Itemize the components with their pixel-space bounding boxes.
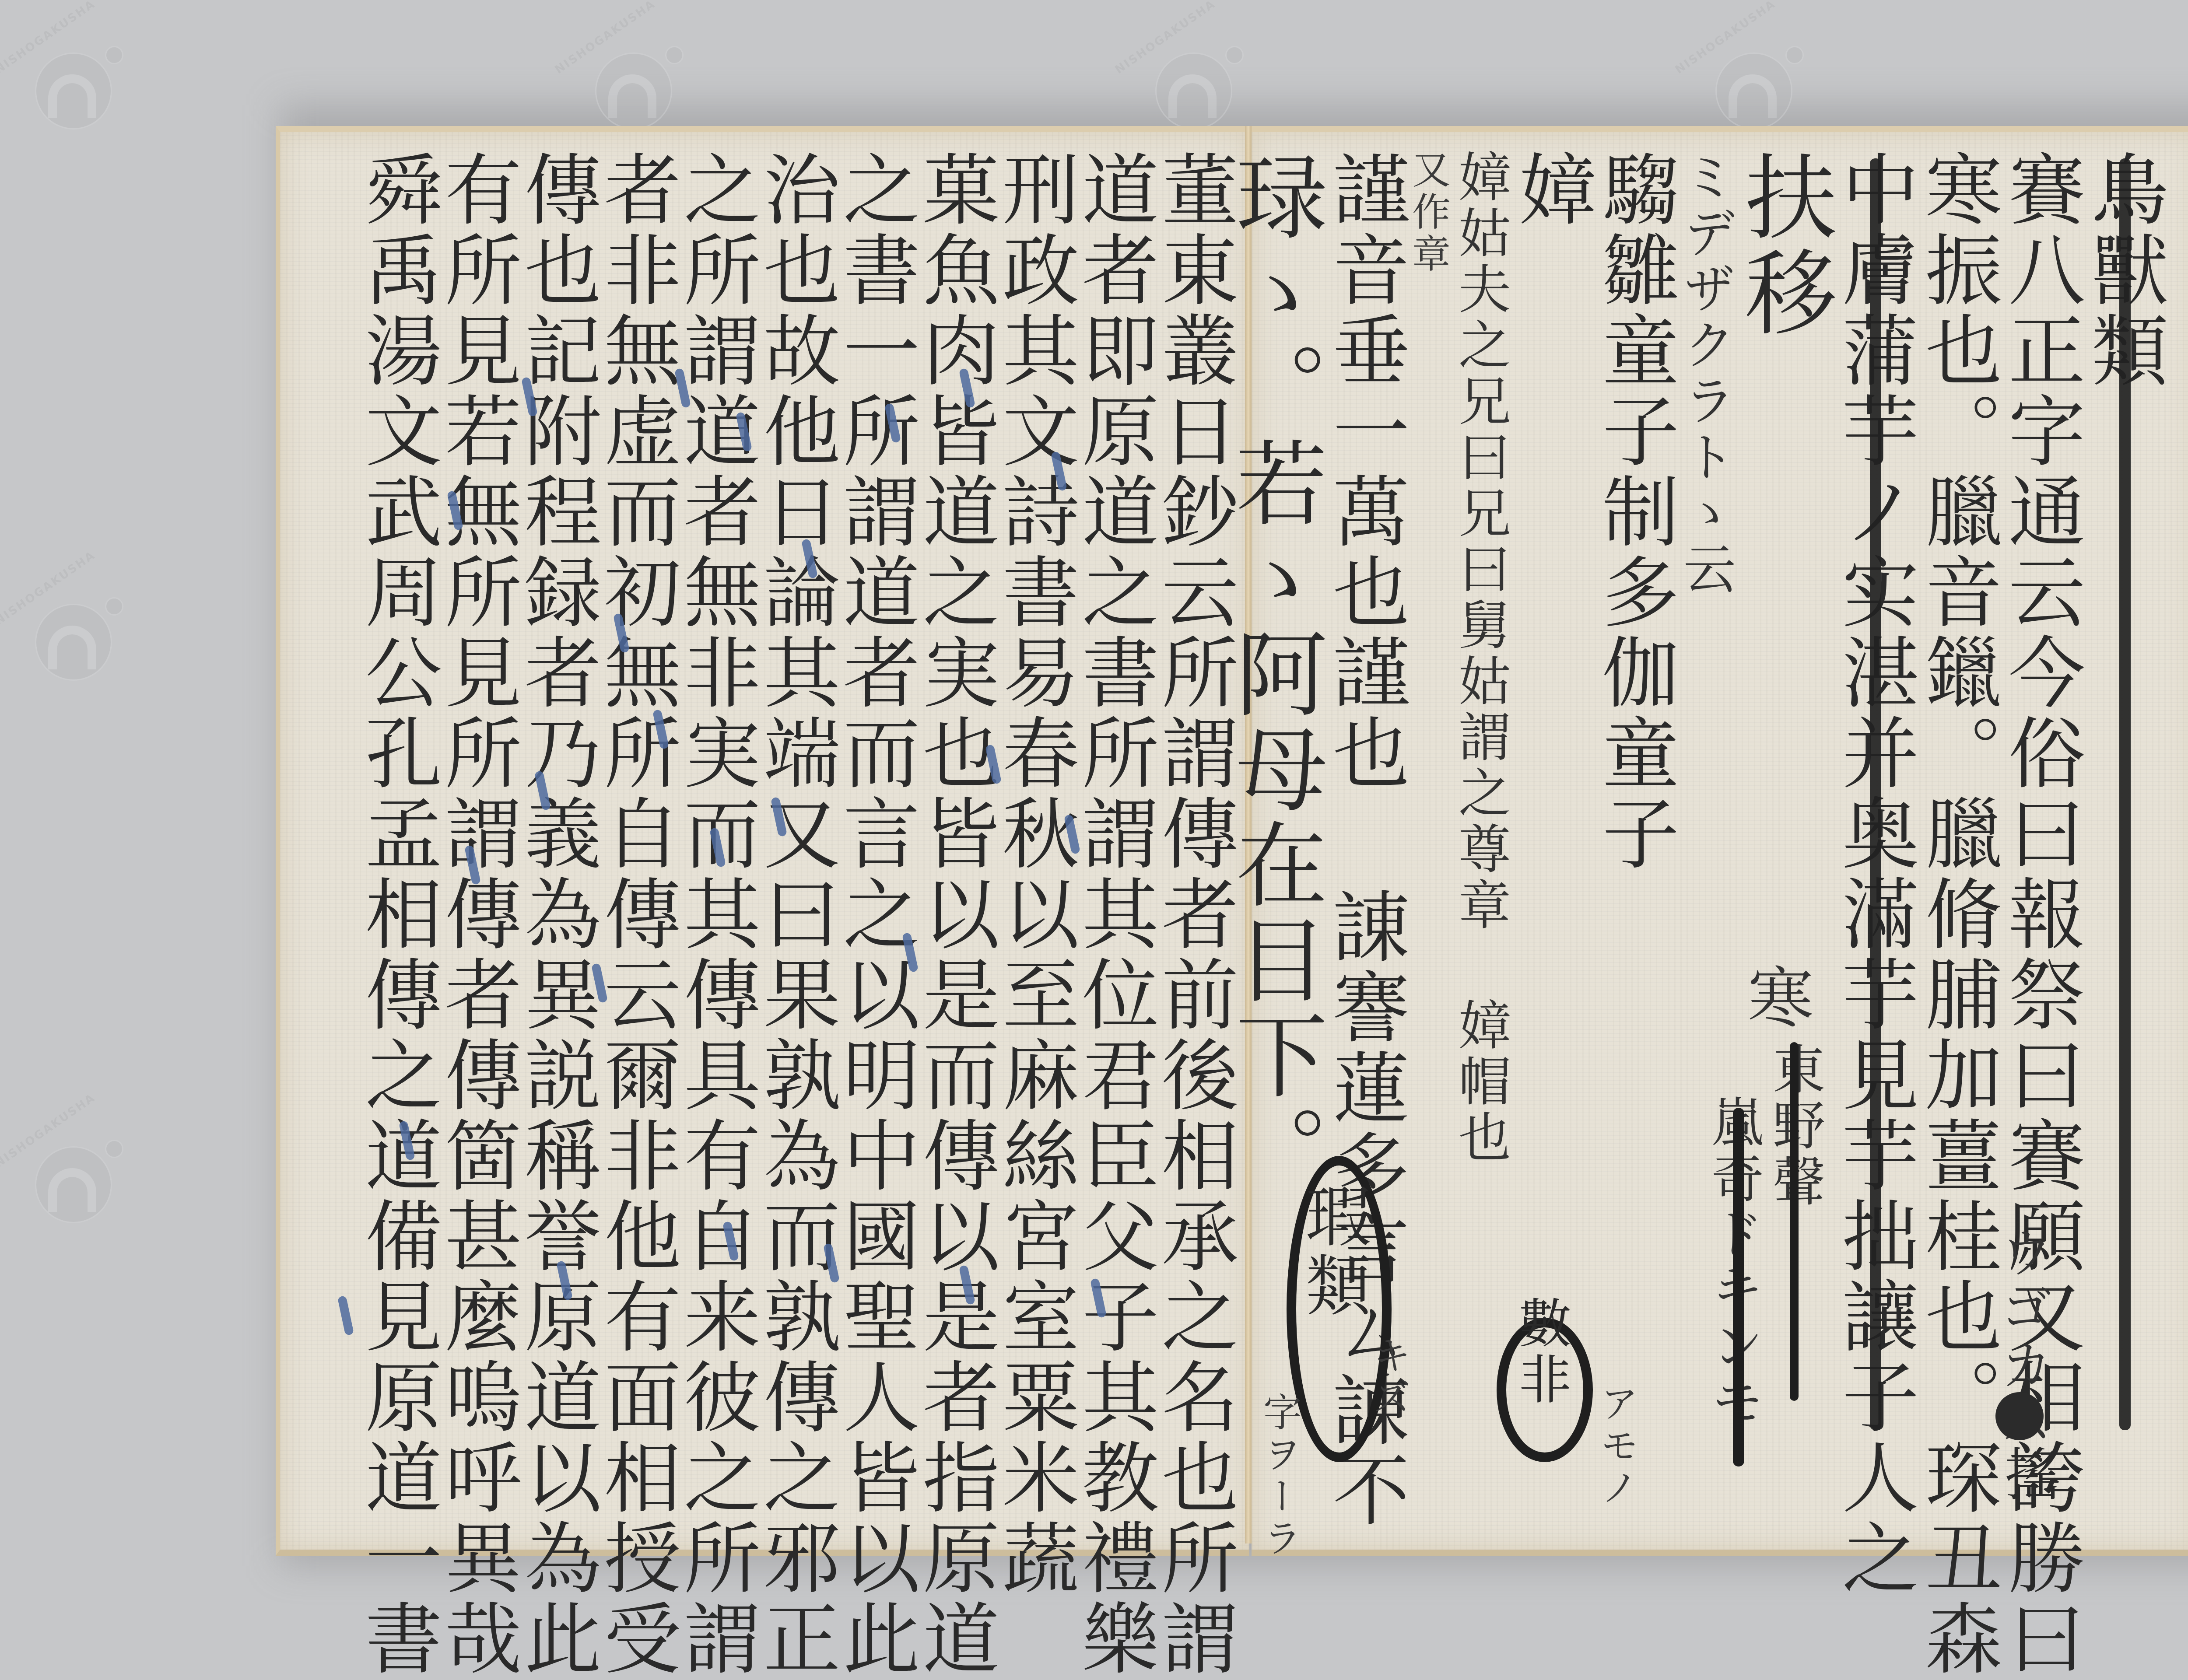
ink-strike-line bbox=[1790, 1042, 1799, 1401]
text-column: 菓魚肉皆道之実也皆以是而傳以是者指原道 bbox=[916, 150, 993, 1532]
text-column: 治也故他日論其端又曰果孰為而孰傳之邪正言此 bbox=[757, 150, 834, 1532]
watermark-arch bbox=[48, 74, 96, 118]
left-page-text-columns: 董東叢日鈔云所謂傳者前後相承之名也所謂 道者即原道之書所謂其位君臣父子其教禮樂 … bbox=[298, 150, 1232, 1532]
text-column: 傳也記附程録者乃義為異説稱誉原道以為此心 bbox=[518, 150, 595, 1532]
watermark-arch bbox=[1168, 74, 1217, 118]
open-manuscript: 董東叢日鈔云所謂傳者前後相承之名也所謂 道者即原道之書所謂其位君臣父子其教禮樂 … bbox=[276, 126, 2188, 1543]
watermark-dot bbox=[105, 597, 123, 616]
watermark-logo-icon: NISHOGAKUSHA bbox=[1698, 26, 1799, 127]
watermark-dot bbox=[1225, 46, 1244, 64]
circled-note: 字ヲーラ bbox=[1260, 1392, 1299, 1560]
text-column-struck: 中膚蒲芋ノ实湛并奥滿芋見芋拙讓子人之 bbox=[1835, 150, 1912, 1532]
watermark-dot bbox=[1785, 46, 1804, 64]
text-column: 道者即原道之書所謂其位君臣父子其教禮樂 bbox=[1075, 150, 1152, 1532]
right-page: 鳥獸類 賽八正字通云今俗曰報祭曰賽願又相誇勝曰賽 寒振也。臘音鑞。臘脩脯加薑桂也… bbox=[1252, 126, 2188, 1556]
text-column: 之書一所謂道者而言之以明中國聖人皆以此道而為 bbox=[836, 150, 913, 1532]
text-column: 騶雛童子制多伽童子 bbox=[1595, 150, 1673, 1532]
watermark-logo-icon: NISHOGAKUSHA bbox=[1138, 26, 1238, 127]
watermark-dot bbox=[105, 46, 123, 64]
text-column-struck: 鳥獸類 bbox=[2085, 150, 2162, 1532]
watermark-arch bbox=[1729, 74, 1777, 118]
circled-text-kaha: 瑕類 bbox=[1300, 1182, 1365, 1320]
watermark-logo-icon: NISHOGAKUSHA bbox=[18, 577, 118, 678]
left-page: 董東叢日鈔云所謂傳者前後相承之名也所謂 道者即原道之書所謂其位君臣父子其教禮樂 … bbox=[276, 126, 1249, 1556]
watermark-arch bbox=[608, 74, 656, 118]
annotation-kan: 寒 bbox=[1742, 963, 1807, 1032]
watermark-arch bbox=[48, 1168, 96, 1212]
ink-strike-line bbox=[1733, 1108, 1744, 1466]
text-column: 舜禹湯文武周公孔孟相傳之道備見原道一書豈很 bbox=[358, 150, 435, 1532]
ink-blot bbox=[1995, 1392, 2044, 1440]
note-column: 又作章 bbox=[1409, 150, 1448, 1532]
circled-reading-amono: アモノ bbox=[1597, 1383, 1636, 1509]
watermark-logo-icon: NISHOGAKUSHA bbox=[18, 1120, 118, 1221]
watermark-dot bbox=[105, 1140, 123, 1158]
watermark-arch bbox=[48, 626, 96, 669]
text-column: 者非無虚而初無所自傳云爾非他有面相授受之密 bbox=[597, 150, 674, 1532]
annotation-ugokasu-kanji: 搖 bbox=[2000, 1445, 2057, 1505]
circled-reading-kizu: キズ bbox=[1370, 1335, 1408, 1419]
watermark-logo-icon: NISHOGAKUSHA bbox=[578, 26, 678, 127]
watermark-logo-icon: NISHOGAKUSHA bbox=[18, 26, 118, 127]
text-column: 有所見若無所見所謂傳者傳箇甚麼嗚呼異哉老 bbox=[438, 150, 515, 1532]
text-column: 刑政其文詩書易春秋以至麻絲宮室粟米蔬 bbox=[996, 150, 1073, 1532]
watermark-dot bbox=[665, 46, 684, 64]
text-column: 嫜姑夫之兄曰兄曰舅姑謂之尊章 嫜帽也 bbox=[1454, 150, 1506, 1532]
text-column: 寒振也。臘音鑞。臘脩脯加薑桂也。琛丑森切宝也。 bbox=[1918, 150, 1995, 1532]
circled-text-kazu: 數非 bbox=[1514, 1296, 1567, 1408]
